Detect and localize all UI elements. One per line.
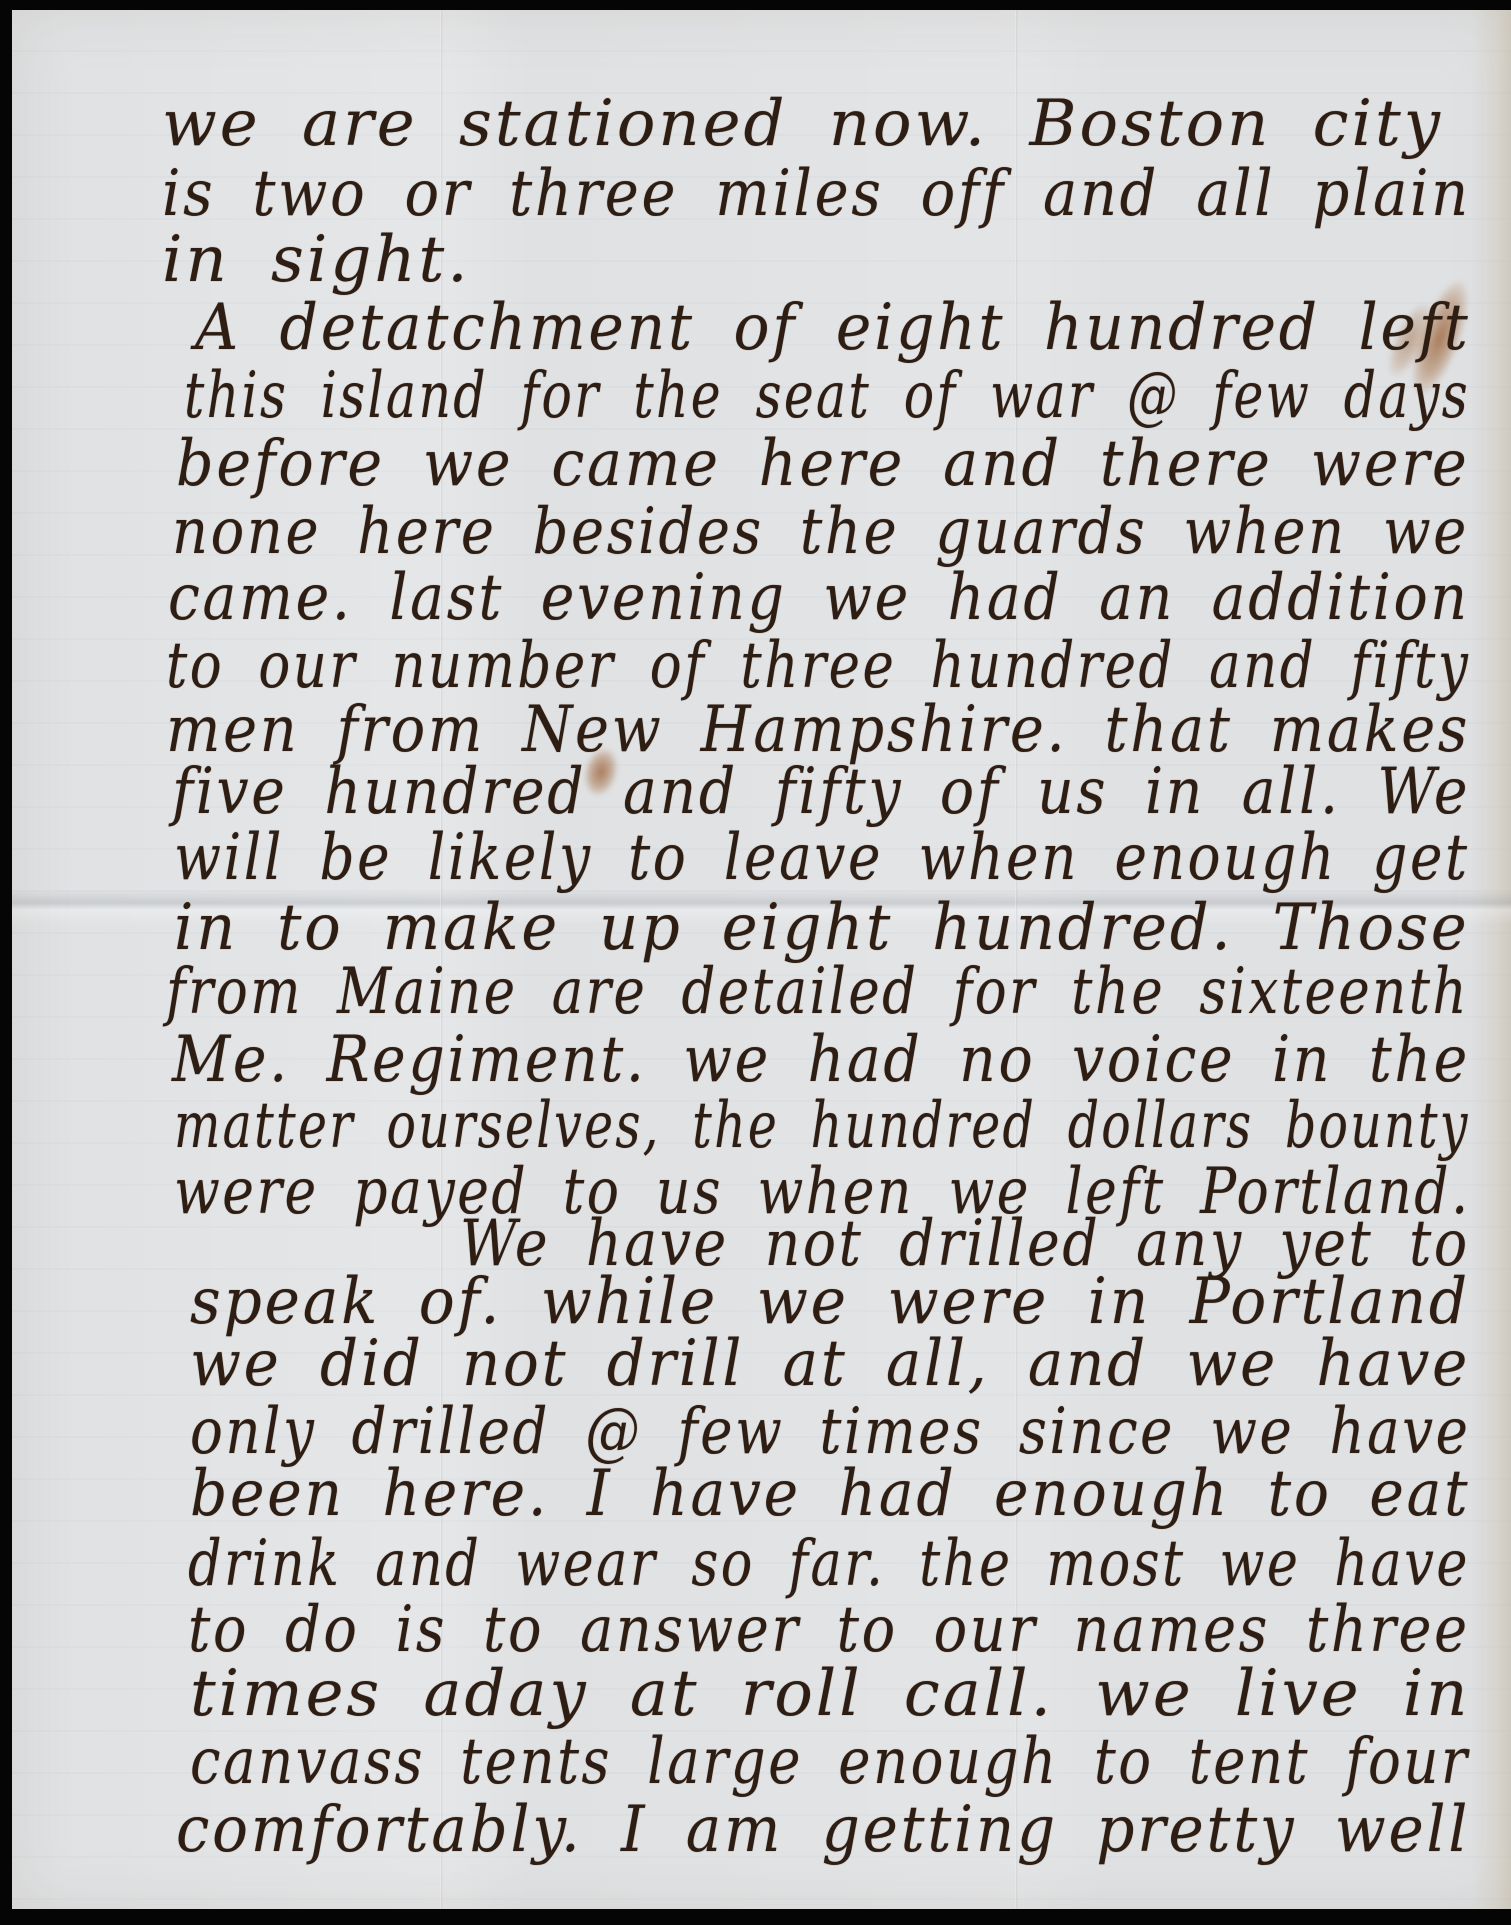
text-line: speak of. while we were in Portland [190,1270,1470,1334]
text-line: we are stationed now. Boston city [162,92,1443,156]
text-line: to our number of three hundred and fifty [166,634,1470,698]
text-line: men from New Hampshire. that makes [166,698,1470,762]
text-line: only drilled @ few times since we have [190,1400,1470,1464]
text-line: none here besides the guards when we [172,500,1469,564]
text-line: in sight. [162,228,471,292]
text-line: is two or three miles off and all plain [162,162,1471,226]
text-line: from Maine are detailed for the sixteent… [166,960,1469,1024]
text-line: matter ourselves, the hundred dollars bo… [174,1094,1470,1158]
text-line: came. last evening we had an addition [168,566,1470,630]
text-line: drink and wear so far. the most we have [188,1532,1470,1596]
text-line: will be likely to leave when enough get [174,826,1470,890]
text-line: to do is to answer to our names three [188,1598,1470,1662]
text-line: five hundred and fifty of us in all. We [172,760,1470,824]
text-line: we did not drill at all, and we have [190,1332,1470,1396]
text-line: been here. I have had enough to eat [190,1462,1470,1526]
text-line: in to make up eight hundred. Those [174,896,1470,960]
text-line: this island for the seat of war @ few da… [184,364,1470,428]
text-line: Me. Regiment. we had no voice in the [172,1028,1470,1092]
text-line: A detatchment of eight hundred left [195,296,1471,360]
text-line: canvass tents large enough to tent four [190,1730,1470,1794]
text-line: before we came here and there were [176,432,1470,496]
text-line: times aday at roll call. we live in [190,1662,1470,1726]
text-line: comfortably. I am getting pretty well [176,1798,1470,1862]
